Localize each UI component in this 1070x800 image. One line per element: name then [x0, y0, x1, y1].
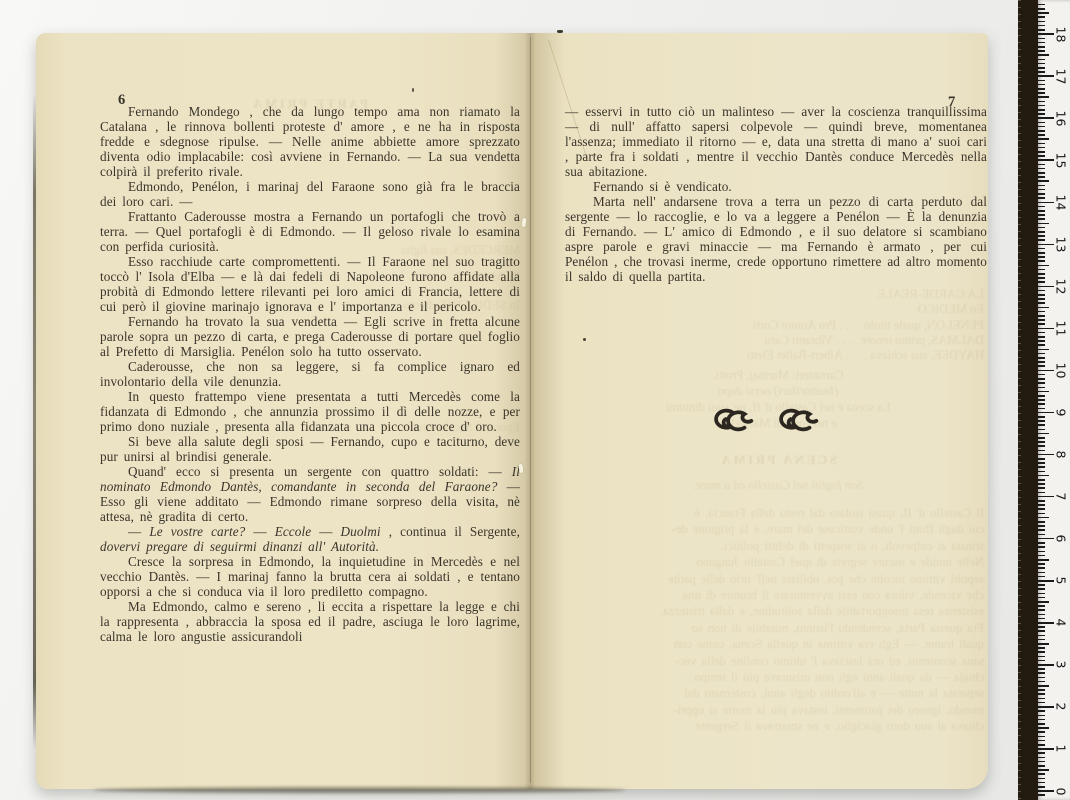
ruler-tick — [1038, 576, 1045, 578]
ruler-tick — [1038, 475, 1049, 477]
ruler-tick — [1038, 752, 1045, 754]
paragraph: Marta nell' andarsene trova a terra un p… — [565, 194, 987, 284]
ruler-tick — [1038, 370, 1054, 372]
ruler-tick — [1038, 210, 1045, 212]
ink-speck — [412, 88, 414, 92]
ruler-tick — [1038, 551, 1045, 553]
ruler-tick — [1038, 105, 1045, 107]
ruler-tick — [1038, 340, 1045, 342]
ruler-tick — [1038, 580, 1054, 582]
ruler-number: 3 — [1054, 656, 1069, 674]
ruler-tick — [1038, 311, 1045, 313]
ruler-tick — [1038, 433, 1049, 435]
ruler-tick — [1038, 16, 1045, 18]
ruler-tick — [1038, 67, 1045, 69]
ruler-tick — [1038, 294, 1045, 296]
ruler-tick — [1038, 597, 1045, 599]
ruler-tick — [1038, 50, 1045, 52]
ruler-tick — [1038, 702, 1045, 704]
ruler-tick — [1038, 698, 1045, 700]
bleed-through-right-page: LA GARDE-REALEEo MEDICOPENELON, quale ti… — [572, 285, 984, 745]
ruler-tick — [1038, 185, 1045, 187]
ruler-tick — [1038, 59, 1045, 61]
ruler-tick — [1038, 227, 1045, 229]
ruler-dark-edge — [1018, 0, 1038, 800]
ruler-tick — [1038, 260, 1045, 262]
ruler-tick — [1038, 668, 1045, 670]
ruler-tick — [1038, 84, 1045, 86]
ruler-tick — [1038, 164, 1045, 166]
ruler-number: 18 — [1054, 25, 1069, 43]
ruler-number: 13 — [1054, 235, 1069, 253]
ruler-number: 0 — [1054, 782, 1069, 800]
ruler-tick — [1038, 286, 1054, 288]
ruler-tick — [1038, 54, 1049, 56]
ruler-tick — [1038, 159, 1054, 161]
ruler-number: 15 — [1054, 151, 1069, 169]
ruler-tick — [1038, 349, 1049, 351]
ruler-tick — [1038, 719, 1045, 721]
paragraph: Fernando si è vendicato. — [565, 179, 987, 194]
ruler-tick — [1038, 8, 1045, 10]
ruler-number: 16 — [1054, 109, 1069, 127]
ruler-tick — [1038, 202, 1054, 204]
ruler-tick — [1038, 546, 1045, 548]
ruler-tick — [1038, 42, 1045, 44]
ruler-tick — [1038, 744, 1045, 746]
ruler-tick — [1038, 479, 1045, 481]
ruler-tick — [1038, 12, 1049, 14]
ink-speck — [557, 30, 563, 33]
ruler-tick — [1038, 344, 1045, 346]
ruler-tick — [1038, 218, 1045, 220]
paragraph: In questo frattempo viene presentata a t… — [100, 389, 520, 434]
ruler-tick — [1038, 483, 1045, 485]
ruler-tick — [1038, 365, 1045, 367]
ruler-tick — [1038, 96, 1049, 98]
ruler-tick — [1038, 761, 1045, 763]
ruler-tick — [1038, 782, 1045, 784]
ruler-tick — [1038, 471, 1045, 473]
ruler-tick — [1038, 500, 1045, 502]
ruler-number: 12 — [1054, 277, 1069, 295]
ruler-tick — [1038, 143, 1045, 145]
ruler-tick — [1038, 462, 1045, 464]
ruler-tick — [1038, 727, 1049, 729]
ruler-tick — [1038, 517, 1049, 519]
bleed-through-line: SCENA PRIMA — [572, 452, 984, 467]
ruler-tick — [1038, 685, 1049, 687]
ruler-tick — [1038, 626, 1045, 628]
ruler-number: 7 — [1054, 488, 1069, 506]
ruler-tick — [1038, 323, 1045, 325]
bleed-through-line: Son fogliti nel Castello ed a mare. — [572, 478, 984, 493]
ruler-tick — [1038, 420, 1045, 422]
ruler-tick — [1038, 302, 1045, 304]
paragraph: Fernando ha trovato la sua vendetta — Eg… — [100, 314, 520, 359]
ruler-tick — [1038, 206, 1045, 208]
left-page-text: Fernando Mondego , che da lungo tempo am… — [100, 104, 520, 644]
paragraph: Edmondo, Penélon, i marinaj del Faraone … — [100, 179, 520, 209]
bleed-through-line: (Inattorilari) oersi dopo — [572, 384, 984, 399]
scanned-book-photo: PARTE PRIMAMERCEDES, sua figliaEo MEDICO… — [0, 0, 1070, 800]
paragraph: Esso racchiude carte compromettenti. — I… — [100, 254, 520, 314]
ruler-tick — [1038, 214, 1045, 216]
ruler-number: 8 — [1054, 446, 1069, 464]
paragraph: Fernando Mondego , che da lungo tempo am… — [100, 104, 520, 179]
ruler-tick — [1038, 38, 1045, 40]
ruler-tick — [1038, 29, 1045, 31]
ruler-tick — [1038, 290, 1045, 292]
ruler-tick — [1038, 559, 1049, 561]
paragraph: — Le vostre carte? — Eccole — Duolmi , c… — [100, 524, 520, 554]
ruler-tick — [1038, 273, 1045, 275]
ruler-tick — [1038, 256, 1045, 258]
paragraph: Frattanto Caderousse mostra a Fernando u… — [100, 209, 520, 254]
ruler-tick — [1038, 605, 1045, 607]
ruler-tick — [1038, 130, 1045, 132]
ruler-tick — [1038, 134, 1045, 136]
ruler-tick — [1038, 614, 1045, 616]
ruler-tick — [1038, 660, 1045, 662]
bleed-through-line: LA GARDE-REALE — [572, 287, 984, 302]
ruler-tick — [1038, 75, 1054, 77]
ruler-tick — [1038, 147, 1045, 149]
ruler-tick — [1038, 382, 1045, 384]
ruler-tick — [1038, 437, 1045, 439]
ruler-tick — [1038, 399, 1045, 401]
ruler-tick — [1038, 492, 1045, 494]
ruler-tick — [1038, 109, 1045, 111]
ruler-tick — [1038, 101, 1045, 103]
ruler-tick — [1038, 773, 1045, 775]
book-gutter-crease — [530, 37, 531, 783]
ruler-tick — [1038, 639, 1045, 641]
ruler-tick — [1038, 155, 1045, 157]
ruler-tick — [1038, 315, 1045, 317]
paragraph: Ma Edmondo, calmo e sereno , li eccita a… — [100, 599, 520, 644]
ruler-tick — [1038, 609, 1045, 611]
ruler-tick — [1038, 277, 1045, 279]
ruler-tick — [1038, 508, 1045, 510]
ruler-tick — [1038, 677, 1045, 679]
ruler-tick — [1038, 778, 1045, 780]
ruler-tick — [1038, 378, 1045, 380]
ruler-number: 4 — [1054, 614, 1069, 632]
ruler-tick — [1038, 336, 1045, 338]
ruler-tick — [1038, 80, 1045, 82]
ruler-tick — [1038, 740, 1045, 742]
paragraph: Caderousse, che non sa leggere, si fa co… — [100, 359, 520, 389]
ruler-tick — [1038, 487, 1045, 489]
ruler-tick — [1038, 593, 1045, 595]
ruler-tick — [1038, 450, 1045, 452]
ruler-tick — [1038, 525, 1045, 527]
ruler-tick — [1038, 441, 1045, 443]
bleed-through-line: HAYDEE, sua schiava . . . . Albert-Balle… — [572, 348, 984, 363]
ruler-tick — [1038, 521, 1045, 523]
ruler-tick — [1038, 374, 1045, 376]
ruler-tick — [1038, 319, 1045, 321]
ruler-number: 11 — [1054, 319, 1069, 337]
ruler-tick — [1038, 71, 1045, 73]
ruler-tick — [1038, 731, 1045, 733]
ruler-tick — [1038, 189, 1045, 191]
paragraph: Si beve alla salute degli sposi — Fernan… — [100, 434, 520, 464]
ruler-tick — [1038, 656, 1045, 658]
ruler-tick — [1038, 538, 1054, 540]
ruler-tick — [1038, 223, 1049, 225]
ruler-tick — [1038, 635, 1045, 637]
ruler-tick — [1038, 252, 1045, 254]
ruler-tick — [1038, 496, 1054, 498]
ruler-tick — [1038, 231, 1045, 233]
ruler-tick — [1038, 88, 1045, 90]
ruler-tick — [1038, 197, 1045, 199]
ruler-tick — [1038, 601, 1049, 603]
ruler-tick — [1038, 117, 1054, 119]
ruler-tick — [1038, 588, 1045, 590]
ruler-number: 14 — [1054, 193, 1069, 211]
ruler-tick — [1038, 33, 1054, 35]
ruler-tick — [1038, 664, 1054, 666]
ruler-tick — [1038, 572, 1045, 574]
ruler-tick — [1038, 403, 1045, 405]
ruler-tick — [1038, 466, 1045, 468]
ink-speck — [583, 338, 586, 341]
ruler-tick — [1038, 248, 1045, 250]
ruler-tick — [1038, 92, 1045, 94]
ruler-tick — [1038, 765, 1045, 767]
ruler-number: 2 — [1054, 698, 1069, 716]
ruler-tick — [1038, 332, 1045, 334]
ruler-tick — [1038, 563, 1045, 565]
ruler-tick — [1038, 357, 1045, 359]
bleed-through-line: DALMAS, primo tenore . . . . Vibranti Ca… — [572, 333, 984, 348]
flourish-ornament — [706, 402, 836, 438]
ruler-tick — [1038, 424, 1045, 426]
ruler-tick — [1038, 176, 1045, 178]
ruler-tick — [1038, 168, 1045, 170]
ruler-number: 9 — [1054, 404, 1069, 422]
ruler-tick — [1038, 736, 1045, 738]
ruler-tick — [1038, 786, 1045, 788]
ruler-tick — [1038, 361, 1045, 363]
paragraph: Cresce la sorpresa in Edmondo, la inquie… — [100, 554, 520, 599]
ruler-tick — [1038, 529, 1045, 531]
ruler-number: 5 — [1054, 572, 1069, 590]
ruler-tick — [1038, 647, 1045, 649]
bleed-through-line: Eo MEDICO — [572, 302, 984, 317]
ruler-tick — [1038, 651, 1045, 653]
ruler-tick — [1038, 21, 1045, 23]
ruler-tick — [1038, 138, 1049, 140]
binding-stitch — [519, 464, 524, 473]
ruler-tick — [1038, 172, 1045, 174]
bleed-through-line: Carratteri: Marinaj, Protti. — [572, 368, 984, 383]
ruler-tick — [1038, 265, 1049, 267]
ruler-tick — [1038, 715, 1045, 717]
ruler-tick — [1038, 458, 1045, 460]
ruler-tick — [1038, 567, 1045, 569]
ruler-tick — [1038, 429, 1045, 431]
ruler-tick — [1038, 706, 1054, 708]
ruler-tick — [1038, 513, 1045, 515]
ruler-tick — [1038, 584, 1045, 586]
ruler-tick — [1038, 113, 1045, 115]
ruler-tick — [1038, 298, 1045, 300]
ruler-tick — [1038, 748, 1054, 750]
paragraph: Quand' ecco si presenta un sergente con … — [100, 464, 520, 524]
ruler-tick — [1038, 408, 1045, 410]
ruler-tick — [1038, 126, 1045, 128]
ruler-tick — [1038, 794, 1045, 796]
paragraph: — esservi in tutto ciò un malinteso — av… — [565, 104, 987, 179]
ruler-tick — [1038, 353, 1045, 355]
ruler-tick — [1038, 693, 1045, 695]
ruler-tick — [1038, 180, 1049, 182]
ruler-tick — [1038, 244, 1054, 246]
ruler-tick — [1038, 681, 1045, 683]
ruler-tick — [1038, 555, 1045, 557]
ruler-tick — [1038, 689, 1045, 691]
ruler-tick — [1038, 25, 1045, 27]
ruler-tick — [1038, 46, 1045, 48]
ruler-number: 10 — [1054, 362, 1069, 380]
ruler-tick — [1038, 723, 1045, 725]
ruler-tick — [1038, 445, 1045, 447]
ruler-tick — [1038, 790, 1054, 792]
ruler-tick — [1038, 235, 1045, 237]
ruler-tick — [1038, 307, 1049, 309]
ruler-tick — [1038, 387, 1045, 389]
bleed-through-paragraphs: Il Castello d' If, quasi isolato dal res… — [572, 505, 984, 735]
ruler-tick — [1038, 542, 1045, 544]
ruler-number: 1 — [1054, 740, 1069, 758]
ruler-tick — [1038, 151, 1045, 153]
ruler-tick — [1038, 4, 1045, 6]
ruler-tick — [1038, 643, 1049, 645]
ruler-tick — [1038, 328, 1054, 330]
ruler-tick — [1038, 281, 1045, 283]
ruler-tick — [1038, 193, 1045, 195]
ruler-number: 17 — [1054, 67, 1069, 85]
ruler-tick — [1038, 618, 1045, 620]
ruler-number: 6 — [1054, 530, 1069, 548]
ruler-tick — [1038, 534, 1045, 536]
ruler-tick — [1038, 710, 1045, 712]
ruler-tick — [1038, 622, 1054, 624]
ruler-tick — [1038, 454, 1054, 456]
ruler-tick — [1038, 269, 1045, 271]
ruler-tick — [1038, 395, 1045, 397]
right-page-text: — esservi in tutto ciò un malinteso — av… — [565, 104, 987, 284]
measuring-ruler: 0123456789101112131415161718 — [1018, 0, 1070, 800]
ruler-tick — [1038, 391, 1049, 393]
ruler-tick — [1038, 239, 1045, 241]
ruler-tick — [1038, 416, 1045, 418]
bleed-through-line: PENELON, quale titolo . . . . Pro Autore… — [572, 318, 984, 333]
ruler-tick — [1038, 63, 1045, 65]
ruler-tick — [1038, 122, 1045, 124]
ruler-tick — [1038, 412, 1054, 414]
ruler-tick — [1038, 630, 1045, 632]
ruler-tick — [1038, 757, 1045, 759]
ruler-tick — [1038, 672, 1045, 674]
ruler-tick — [1038, 769, 1049, 771]
ruler-tick — [1038, 504, 1045, 506]
